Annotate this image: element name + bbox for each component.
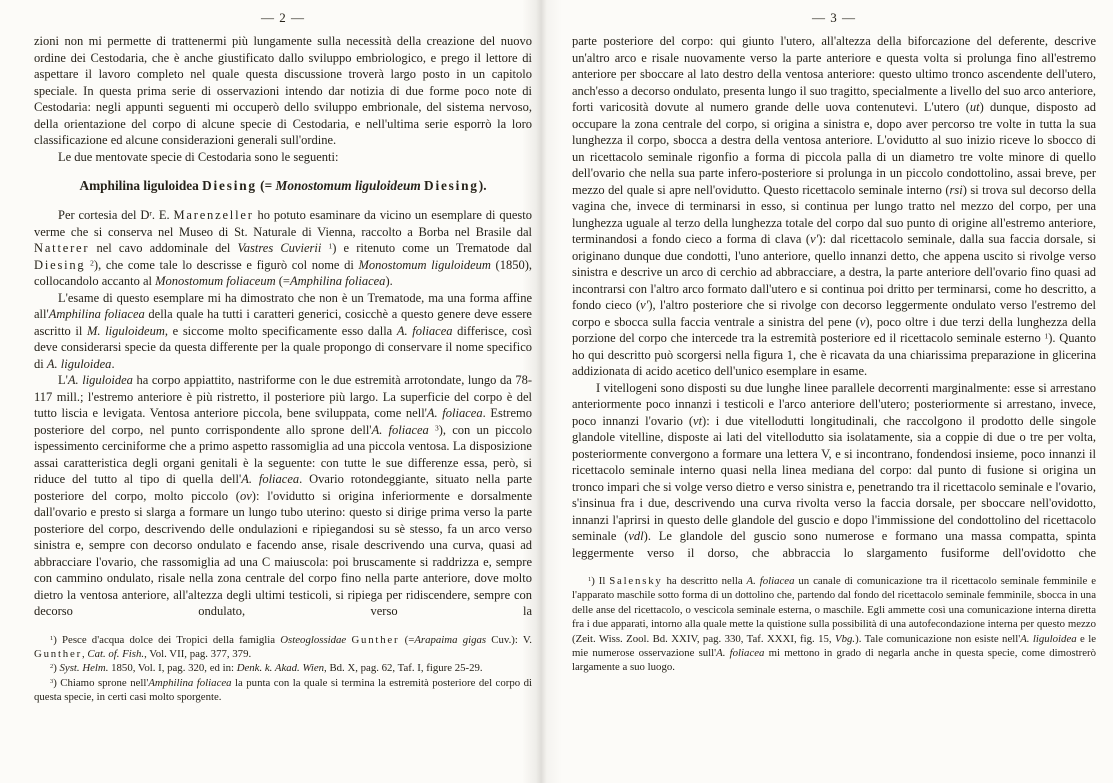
page-right: — 3 — parte posteriore del corpo: qui gi… xyxy=(556,0,1113,783)
page-left: — 2 — zioni non mi permette di trattener… xyxy=(0,0,556,783)
footnotes-right: 1) Il Salensky ha descritto nella A. fol… xyxy=(572,574,1096,675)
footnote-3: 3) Chiamo sprone nell'Amphilina foliacea… xyxy=(34,676,532,705)
book-spread: — 2 — zioni non mi permette di trattener… xyxy=(0,0,1113,783)
paragraph-lede: Le due mentovate specie di Cestodaria so… xyxy=(34,149,532,166)
page-number-left: — 2 — xyxy=(34,10,532,26)
paragraph-continuation: zioni non mi permette di trattenermi più… xyxy=(34,33,532,149)
page-right-body: parte posteriore del corpo: qui giunto l… xyxy=(572,33,1096,561)
page-left-body: zioni non mi permette di trattenermi più… xyxy=(34,33,532,620)
paragraph-utero: parte posteriore del corpo: qui giunto l… xyxy=(572,33,1096,380)
footnote-1: 1) Pesce d'acqua dolce dei Tropici della… xyxy=(34,633,532,662)
page-number-right: — 3 — xyxy=(572,10,1096,26)
paragraph-marenzeller: Per cortesia del Dr. E. Marenzeller ho p… xyxy=(34,207,532,290)
paragraph-vitellogeni: I vitellogeni sono disposti su due lungh… xyxy=(572,380,1096,562)
footnote-2: 2) Syst. Helm. 1850, Vol. I, pag. 320, e… xyxy=(34,661,532,675)
species-heading: Amphilina liguloidea Diesing (= Monostom… xyxy=(34,177,532,194)
footnote-salensky: 1) Il Salensky ha descritto nella A. fol… xyxy=(572,574,1096,675)
paragraph-esame: L'esame di questo esemplare mi ha dimost… xyxy=(34,290,532,373)
paragraph-descrizione-corpo: L'A. liguloidea ha corpo appiattito, nas… xyxy=(34,372,532,620)
footnotes-left: 1) Pesce d'acqua dolce dei Tropici della… xyxy=(34,633,532,705)
